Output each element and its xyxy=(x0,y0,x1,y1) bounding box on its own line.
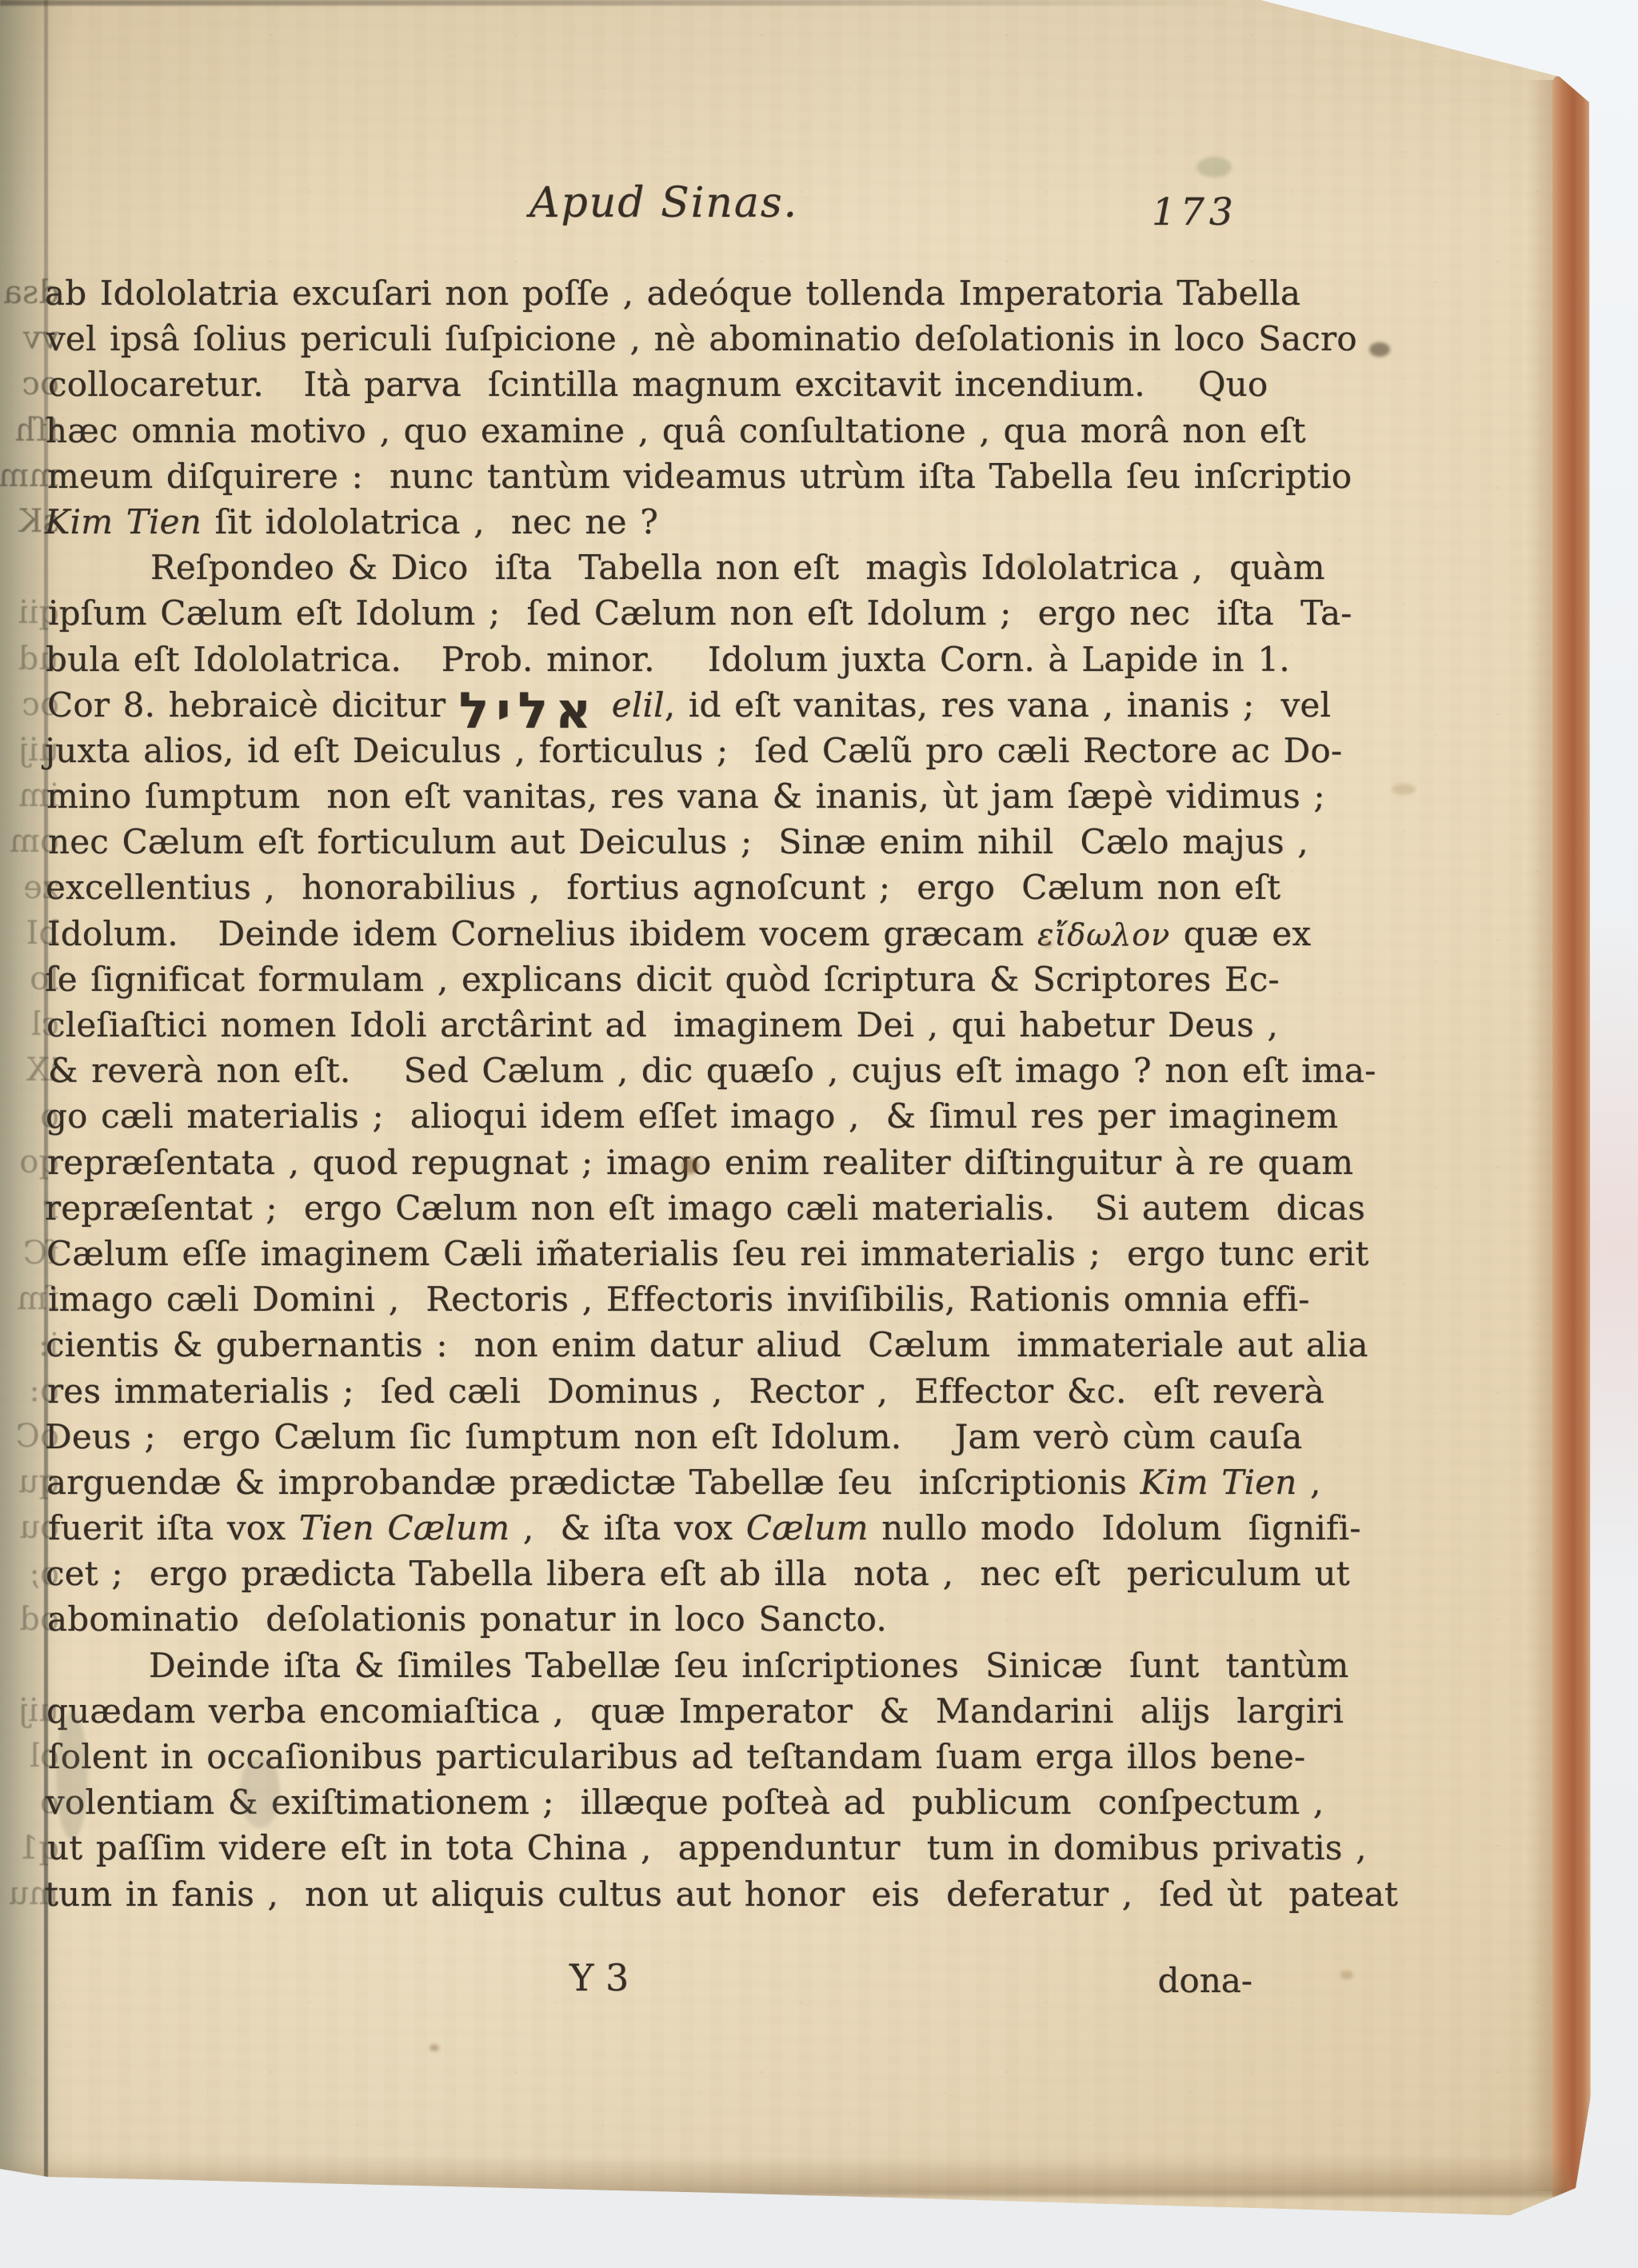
text-line: repræſentat ; ergo Cælum non eſt imago c… xyxy=(45,1185,1292,1231)
text-line: go cæli materialis ; alioqui idem eſſet … xyxy=(46,1093,1293,1139)
text-line: Cælum eſſe imaginem Cæli im̃aterialis ſe… xyxy=(46,1231,1294,1276)
text-segment: Deus ; ergo Cælum ſic ſumptum non eſt Id… xyxy=(45,1417,1302,1456)
page-bottom-edge-shadow xyxy=(0,2156,1568,2196)
text-segment: , id eſt vanitas, res vana , inanis ; ve… xyxy=(665,685,1331,725)
text-segment: Cælum xyxy=(746,1508,869,1547)
text-segment: res immaterialis ; ſed cæli Dominus , Re… xyxy=(47,1372,1324,1411)
signature-mark: Y 3 xyxy=(569,1956,629,1999)
text-line: meum diſquirere : nunc tantùm videamus u… xyxy=(47,453,1295,499)
text-line: bula eſt Idololatrica. Prob. minor. Idol… xyxy=(46,637,1293,682)
text-line: Reſpondeo & Dico iſta Tabella non eſt ma… xyxy=(46,545,1294,590)
text-segment: & reverà non eſt. Sed Cælum , dic quæſo … xyxy=(48,1051,1376,1090)
fore-edge-inner-shade xyxy=(1526,80,1555,2191)
text-line: repræſentata , quod repugnat ; imago eni… xyxy=(47,1140,1295,1185)
text-segment: excellentius , honorabilius , fortius ag… xyxy=(46,868,1280,907)
paper-stain xyxy=(240,1756,280,1828)
text-line: tum in fanis , non ut aliquis cultus aut… xyxy=(45,1871,1292,1917)
text-line: Deus ; ergo Cælum ſic ſumptum non eſt Id… xyxy=(45,1414,1292,1459)
text-segment: ab Idololatria excuſari non poſſe , adeó… xyxy=(45,274,1300,313)
scan-top-edge-shadow xyxy=(0,0,1232,6)
catchword: dona- xyxy=(1064,1961,1252,2000)
text-line: fuerit iſta vox Tien Cælum , & iſta vox … xyxy=(48,1505,1296,1551)
text-segment: mino ſumptum non eſt vanitas, res vana &… xyxy=(46,777,1325,816)
text-line: ſolent in occaſionibus particularibus ad… xyxy=(48,1734,1296,1779)
text-line: res immaterialis ; ſed cæli Dominus , Re… xyxy=(47,1368,1295,1414)
text-segment: nullo modo Idolum ſignifi- xyxy=(869,1508,1361,1547)
text-segment: juxta alios, id eſt Deiculus , forticulu… xyxy=(45,731,1342,770)
text-line: cientis & gubernantis : non enim datur a… xyxy=(46,1322,1293,1368)
text-segment: fuerit iſta vox xyxy=(48,1508,299,1547)
text-segment: Kim Tien xyxy=(1141,1463,1297,1502)
text-segment: Tien Cælum xyxy=(299,1508,510,1547)
text-line: hæc omnia motivo , quo examine , quâ con… xyxy=(46,408,1293,453)
text-segment: quædam verba encomiaſtica , quæ Imperato… xyxy=(46,1691,1344,1731)
text-line: & reverà non eſt. Sed Cælum , dic quæſo … xyxy=(48,1048,1296,1093)
running-title: Apud Sinas. xyxy=(448,179,880,227)
text-line: Cor 8. hebraicè dicitur אליל elil, id eſ… xyxy=(47,682,1295,728)
text-segment: Cælum eſſe imaginem Cæli im̃aterialis ſe… xyxy=(46,1234,1368,1273)
text-line: ut paſſim videre eſt in tota China , app… xyxy=(47,1825,1295,1871)
text-segment: ipſum Cælum eſt Idolum ; ſed Cælum non e… xyxy=(48,593,1352,633)
text-line: ipſum Cælum eſt Idolum ; ſed Cælum non e… xyxy=(48,590,1296,636)
text-segment: , xyxy=(1296,1463,1320,1502)
text-segment: collocaretur. Ità parva ſcintilla magnum… xyxy=(48,365,1268,404)
paper-stain xyxy=(1369,342,1390,357)
text-line: quædam verba encomiaſtica , quæ Imperato… xyxy=(46,1688,1294,1734)
paper-stain xyxy=(1197,157,1232,178)
text-line: mino ſumptum non eſt vanitas, res vana &… xyxy=(46,773,1294,819)
text-line: abominatio deſolationis ponatur in loco … xyxy=(47,1596,1295,1642)
text-segment: volentiam & exiſtimationem ; illæque poſ… xyxy=(46,1783,1324,1822)
text-segment: vel ipsâ ſolius periculi ſuſpicione , nè… xyxy=(46,319,1357,358)
text-line: arguendæ & improbandæ prædictæ Tabellæ ſ… xyxy=(46,1459,1294,1505)
text-line: Kim Tien ſit idololatrica , nec ne ? xyxy=(45,499,1292,545)
text-segment: cleſiaſtici nomen Idoli arctârint ad ima… xyxy=(46,1005,1278,1044)
text-line: cet ; ergo prædicta Tabella libera eſt a… xyxy=(46,1551,1293,1596)
text-segment: bula eſt Idololatrica. Prob. minor. Idol… xyxy=(46,640,1290,679)
greek-word: εἴδωλον xyxy=(1037,917,1170,952)
text-segment: cet ; ergo prædicta Tabella libera eſt a… xyxy=(46,1554,1350,1593)
text-segment: Cor 8. hebraicè dicitur xyxy=(47,685,459,725)
text-segment: ſolent in occaſionibus particularibus ad… xyxy=(48,1737,1305,1776)
text-segment: imago cæli Domini , Rectoris , Effectori… xyxy=(48,1280,1310,1319)
paper-stain xyxy=(1043,940,1053,948)
text-line: nec Cælum eſt forticulum aut Deiculus ; … xyxy=(48,819,1296,864)
text-segment: Deinde iſta & ſimiles Tabellæ ſeu inſcri… xyxy=(149,1646,1348,1685)
text-segment: meum diſquirere : nunc tantùm videamus u… xyxy=(47,457,1352,496)
text-segment: go cæli materialis ; alioqui idem eſſet … xyxy=(46,1096,1338,1136)
text-segment: quæ ex xyxy=(1170,914,1311,953)
text-line: volentiam & exiſtimationem ; illæque poſ… xyxy=(46,1779,1293,1825)
text-line: Idolum. Deinde idem Cornelius ibidem voc… xyxy=(47,911,1295,956)
paper-stain xyxy=(56,1711,88,1839)
text-segment: , & iſta vox xyxy=(509,1508,745,1547)
text-segment xyxy=(598,685,612,725)
text-line: ſe ſignificat formulam , explicans dicit… xyxy=(45,956,1292,1002)
text-line: collocaretur. Ità parva ſcintilla magnum… xyxy=(48,361,1296,407)
text-segment: elil xyxy=(612,685,665,725)
text-segment: arguendæ & improbandæ prædictæ Tabellæ ſ… xyxy=(46,1463,1141,1502)
text-segment: nec Cælum eſt forticulum aut Deiculus ; … xyxy=(48,822,1308,861)
text-line: excellentius , honorabilius , fortius ag… xyxy=(46,864,1293,910)
text-segment: abominatio deſolationis ponatur in loco … xyxy=(47,1599,887,1639)
text-line: cleſiaſtici nomen Idoli arctârint ad ima… xyxy=(46,1002,1294,1048)
text-line: imago cæli Domini , Rectoris , Effectori… xyxy=(48,1276,1296,1322)
scanned-book-page: Apud Sinas. 173 dsavvocſſhmmsKqiiudocuij… xyxy=(0,0,1638,2268)
text-segment: cientis & gubernantis : non enim datur a… xyxy=(46,1325,1368,1364)
paper-stain xyxy=(1392,784,1416,795)
text-line: ab Idololatria excuſari non poſſe , adeó… xyxy=(45,270,1292,316)
paper-stain xyxy=(1025,559,1035,567)
paper-stain xyxy=(1340,1971,1353,1979)
text-segment: Reſpondeo & Dico iſta Tabella non eſt ma… xyxy=(150,548,1325,587)
text-line: vel ipsâ ſolius periculi ſuſpicione , nè… xyxy=(46,316,1294,361)
text-segment: hæc omnia motivo , quo examine , quâ con… xyxy=(46,411,1306,450)
fore-edge-red-stain xyxy=(1552,75,1590,2201)
text-segment: repræſentat ; ergo Cælum non eſt imago c… xyxy=(45,1188,1365,1228)
paper-stain xyxy=(429,2044,439,2051)
text-block: ab Idololatria excuſari non poſſe , adeó… xyxy=(46,270,1294,1917)
text-segment: Idolum. Deinde idem Cornelius ibidem voc… xyxy=(47,914,1037,953)
paper-stain xyxy=(681,1158,699,1174)
page-number: 173 xyxy=(1152,190,1280,234)
text-segment: ſe ſignificat formulam , explicans dicit… xyxy=(45,960,1280,999)
text-line: Deinde iſta & ſimiles Tabellæ ſeu inſcri… xyxy=(45,1643,1292,1688)
book-page: Apud Sinas. 173 dsavvocſſhmmsKqiiudocuij… xyxy=(0,0,1638,2268)
text-segment: ut paſſim videre eſt in tota China , app… xyxy=(47,1828,1367,1867)
text-segment: repræſentata , quod repugnat ; imago eni… xyxy=(47,1143,1353,1182)
text-segment: tum in fanis , non ut aliquis cultus aut… xyxy=(45,1875,1398,1914)
text-line: juxta alios, id eſt Deiculus , forticulu… xyxy=(45,728,1292,773)
text-segment: Kim Tien xyxy=(45,502,202,541)
text-segment: ſit idololatrica , nec ne ? xyxy=(202,502,658,541)
